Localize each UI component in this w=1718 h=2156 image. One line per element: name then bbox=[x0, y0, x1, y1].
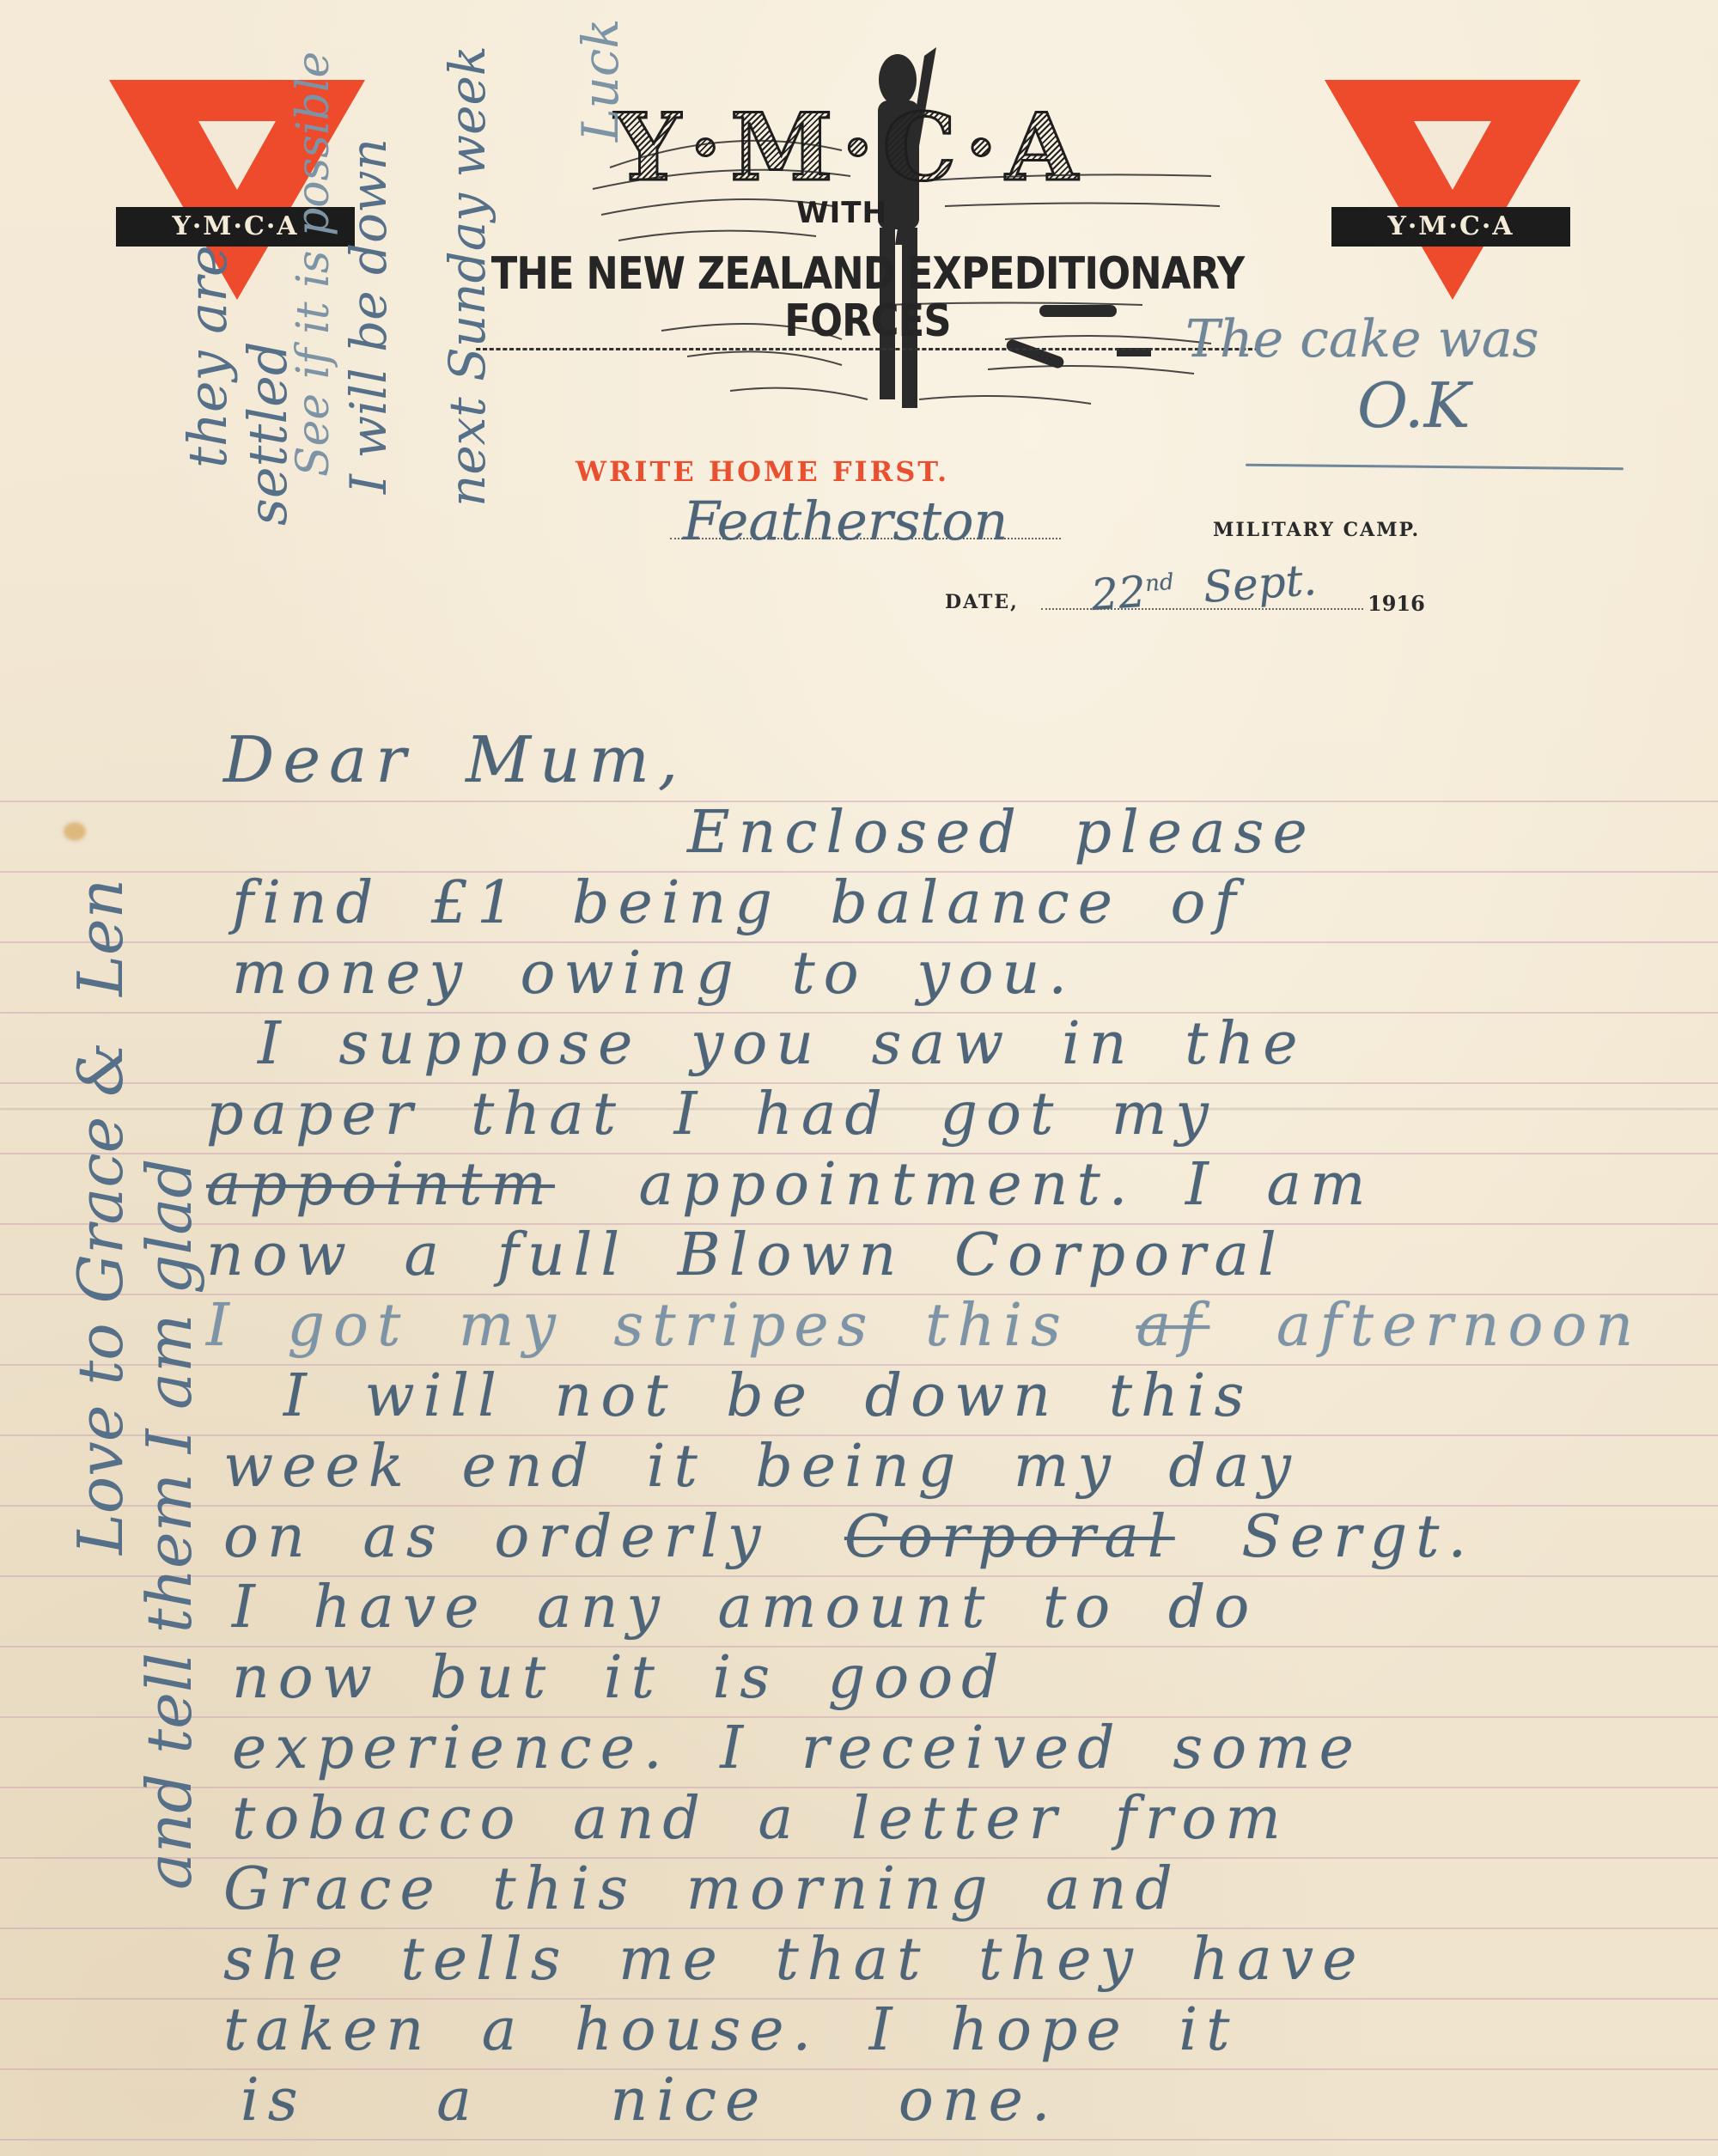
camp-name-handwritten: Featherston bbox=[683, 490, 1008, 552]
slogan-write-home-first: WRITE HOME FIRST. bbox=[576, 455, 949, 488]
margin-note-text: Luck bbox=[571, 19, 630, 143]
body-line-13: now but it is good bbox=[232, 1644, 1008, 1712]
body-line-15: tobacco and a letter from bbox=[232, 1785, 1289, 1853]
body-line-10: week end it being my day bbox=[223, 1433, 1300, 1501]
margin-note-text: See if it is possible bbox=[288, 52, 339, 477]
margin-note-top-1: they are bbox=[176, 245, 239, 468]
body-line-4: I suppose you saw in the bbox=[258, 1010, 1306, 1078]
body-line-18: taken a house. I hope it bbox=[223, 1996, 1238, 2064]
military-camp-label: MILITARY CAMP. bbox=[1213, 519, 1420, 541]
margin-note-top-3: See if it is possible bbox=[288, 52, 339, 477]
letterhead-subtitle: THE NEW ZEALAND EXPEDITIONARY FORCES bbox=[476, 251, 1259, 350]
body-line-2: find £1 being balance of bbox=[232, 869, 1245, 937]
body-line-9: I will not be down this bbox=[283, 1362, 1252, 1430]
body-line-3: money owing to you. bbox=[232, 940, 1075, 1008]
letterhead-with: WITH bbox=[773, 196, 911, 230]
corner-note-line2: O.K bbox=[1357, 369, 1470, 442]
body-line-11: on as orderly Corporal Sergt. bbox=[223, 1503, 1475, 1571]
struck-word: appointm bbox=[206, 1151, 555, 1219]
ymca-triangle-logo-right: Y·M·C·A bbox=[1323, 80, 1581, 329]
margin-note-text: I will be down bbox=[339, 138, 398, 494]
margin-note-text: Love to Grace & bbox=[64, 1042, 137, 1555]
margin-note-top-6: Luck bbox=[571, 19, 630, 143]
struck-word: Corporal bbox=[844, 1503, 1175, 1571]
body-line-7: now a full Blown Corporal bbox=[206, 1221, 1285, 1289]
body-line-5: paper that I had got my bbox=[206, 1081, 1217, 1148]
body-line-11-text: on as orderly bbox=[223, 1503, 769, 1571]
body-line-17: she tells me that they have bbox=[223, 1926, 1365, 1994]
triangle-icon bbox=[1323, 80, 1581, 329]
struck-word: af bbox=[1136, 1292, 1210, 1360]
body-line-14: experience. I received some bbox=[232, 1714, 1362, 1782]
date-suffix: nd bbox=[1144, 569, 1174, 597]
body-line-1: Enclosed please bbox=[687, 799, 1316, 867]
margin-note-text: they are bbox=[176, 245, 239, 468]
margin-note-left-2: and tell them I am glad bbox=[133, 1159, 205, 1890]
margin-note-text: and tell them I am glad bbox=[133, 1159, 205, 1890]
body-line-8-text: I got my stripes this bbox=[206, 1292, 1069, 1360]
margin-note-top-5: next Sunday week bbox=[438, 46, 497, 507]
body-line-8: I got my stripes this af afternoon bbox=[206, 1292, 1642, 1360]
margin-note-top-4: I will be down bbox=[339, 138, 398, 494]
date-year: 1916 bbox=[1368, 591, 1425, 616]
body-line-6: appointm appointment. I am bbox=[206, 1151, 1374, 1219]
margin-note-text: next Sunday week bbox=[438, 46, 497, 507]
body-line-7-text: now a full Blown Corporal bbox=[206, 1221, 1285, 1289]
body-line-12: I have any amount to do bbox=[232, 1574, 1258, 1641]
body-line-8-end: afternoon bbox=[1276, 1292, 1642, 1360]
ymca-bar-label: Y·M·C·A bbox=[1331, 207, 1570, 247]
body-line-11-end: Sergt. bbox=[1241, 1503, 1475, 1571]
margin-note-text: Len bbox=[64, 879, 137, 996]
letterhead-title: Y·M·C·A bbox=[567, 101, 1134, 194]
date-month: Sept. bbox=[1202, 555, 1319, 612]
date-label: DATE, bbox=[945, 591, 1019, 613]
margin-note-left-1: Love to Grace & Len bbox=[64, 879, 137, 1555]
corner-note-line1: The cake was bbox=[1185, 309, 1538, 369]
date-day: 22 bbox=[1089, 567, 1148, 620]
body-line-6-text: appointment. I am bbox=[639, 1151, 1374, 1219]
ink-stain bbox=[64, 822, 86, 841]
body-line-16: Grace this morning and bbox=[223, 1855, 1181, 1923]
body-line-19: is a nice one. bbox=[241, 2067, 1059, 2135]
greeting: Dear Mum, bbox=[223, 723, 686, 797]
